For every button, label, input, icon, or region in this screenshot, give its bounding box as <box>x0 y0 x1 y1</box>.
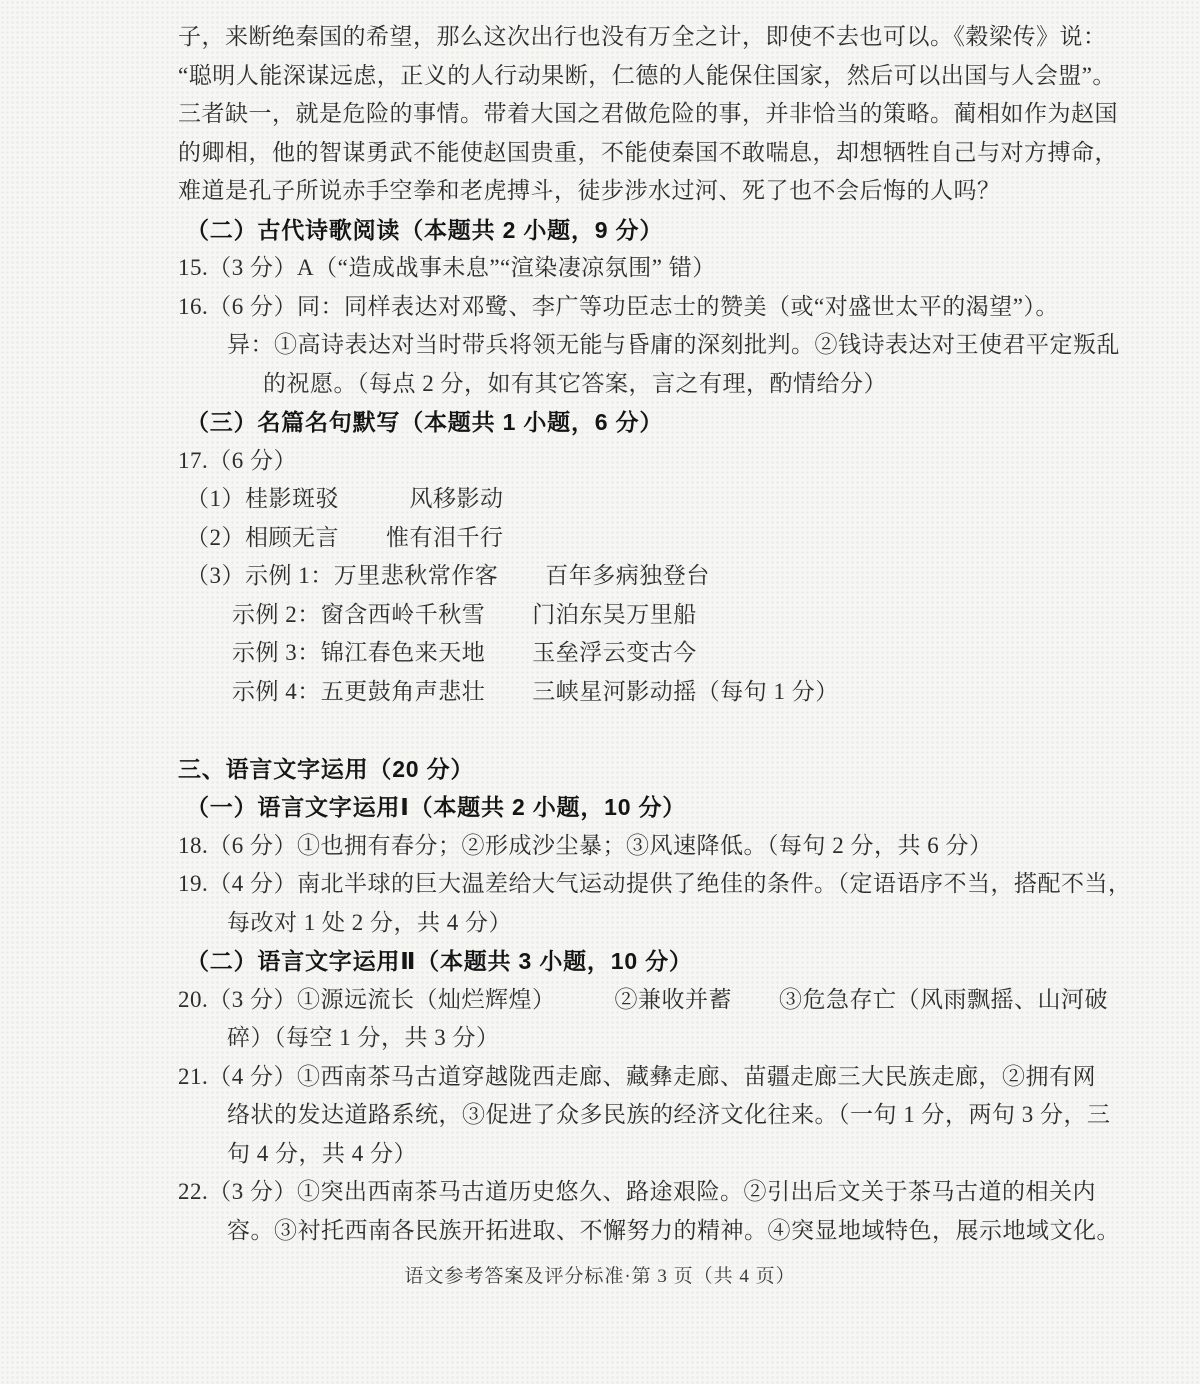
text-line: （3）示例 1：万里悲秋常作客 百年多病独登台 <box>178 557 1038 596</box>
text-line: “聪明人能深谋远虑，正义的人行动果断，仁德的人能保住国家，然后可以出国与人会盟”… <box>178 57 1038 96</box>
text-line: 的祝愿。（每点 2 分，如有其它答案，言之有理，酌情给分） <box>178 365 1038 404</box>
text-line: （1）桂影斑驳 风移影动 <box>178 480 1038 519</box>
page-footer: 语文参考答案及评分标准·第 3 页（共 4 页） <box>0 1262 1200 1292</box>
text-line: 子，来断绝秦国的希望，那么这次出行也没有万全之计，即使不去也可以。《穀梁传》说： <box>178 18 1038 57</box>
text-line: 难道是孔子所说赤手空拳和老虎搏斗，徒步涉水过河、死了也不会后悔的人吗？ <box>178 172 1038 211</box>
answer-line-q21: 21.（4 分）①西南茶马古道穿越陇西走廊、藏彝走廊、苗疆走廊三大民族走廊，②拥… <box>178 1058 1038 1097</box>
text-line: 三者缺一，就是危险的事情。带着大国之君做危险的事，并非恰当的策略。蔺相如作为赵国 <box>178 95 1038 134</box>
text-line: 容。③衬托西南各民族开拓进取、不懈努力的精神。④突显地域特色，展示地域文化。 <box>178 1212 1038 1251</box>
blank-line <box>178 711 1038 750</box>
answer-line-q16: 16.（6 分）同：同样表达对邓鹭、李广等功臣志士的赞美（或“对盛世太平的渴望”… <box>178 288 1038 327</box>
answer-line-q22: 22.（3 分）①突出西南茶马古道历史悠久、路途艰险。②引出后文关于茶马古道的相… <box>178 1173 1038 1212</box>
text-line: （2）相顾无言 惟有泪千行 <box>178 519 1038 558</box>
text-line: 碎）（每空 1 分，共 3 分） <box>178 1019 1038 1058</box>
section-heading-language-use-1: （一）语言文字运用Ⅰ（本题共 2 小题，10 分） <box>178 788 1038 827</box>
section-heading-ancient-poetry: （二）古代诗歌阅读（本题共 2 小题，9 分） <box>178 211 1038 250</box>
answer-line-q18: 18.（6 分）①也拥有春分；②形成沙尘暴；③风速降低。（每句 2 分，共 6 … <box>178 827 1038 866</box>
section-heading-language-use: 三、语言文字运用（20 分） <box>178 750 1038 789</box>
text-line: 的卿相，他的智谋勇武不能使赵国贵重，不能使秦国不敢喘息，却想牺牲自己与对方搏命， <box>178 134 1038 173</box>
text-line: 示例 4：五更鼓角声悲壮 三峡星河影动摇（每句 1 分） <box>178 673 1038 712</box>
section-heading-famous-passages: （三）名篇名句默写（本题共 1 小题，6 分） <box>178 403 1038 442</box>
text-line: 示例 3：锦江春色来天地 玉垒浮云变古今 <box>178 634 1038 673</box>
text-line: 每改对 1 处 2 分，共 4 分） <box>178 904 1038 943</box>
text-line: 异：①高诗表达对当时带兵将领无能与昏庸的深刻批判。②钱诗表达对王使君平定叛乱 <box>178 326 1038 365</box>
text-line: 句 4 分，共 4 分） <box>178 1135 1038 1174</box>
answer-line-q15: 15.（3 分）A（“造成战事未息”“渲染凄凉氛围” 错） <box>178 249 1038 288</box>
answer-line-q19: 19.（4 分）南北半球的巨大温差给大气运动提供了绝佳的条件。（定语语序不当，搭… <box>178 865 1038 904</box>
text-line: 示例 2：窗含西岭千秋雪 门泊东吴万里船 <box>178 596 1038 635</box>
answer-line-q17: 17.（6 分） <box>178 442 1038 481</box>
section-heading-language-use-2: （二）语言文字运用Ⅱ（本题共 3 小题，10 分） <box>178 942 1038 981</box>
answer-line-q20: 20.（3 分）①源远流长（灿烂辉煌） ②兼收并蓄 ③危急存亡（风雨飘摇、山河破 <box>178 981 1038 1020</box>
text-line: 络状的发达道路系统，③促进了众多民族的经济文化往来。（一句 1 分，两句 3 分… <box>178 1096 1038 1135</box>
answer-key-page-body: 子，来断绝秦国的希望，那么这次出行也没有万全之计，即使不去也可以。《穀梁传》说：… <box>178 18 1038 1250</box>
